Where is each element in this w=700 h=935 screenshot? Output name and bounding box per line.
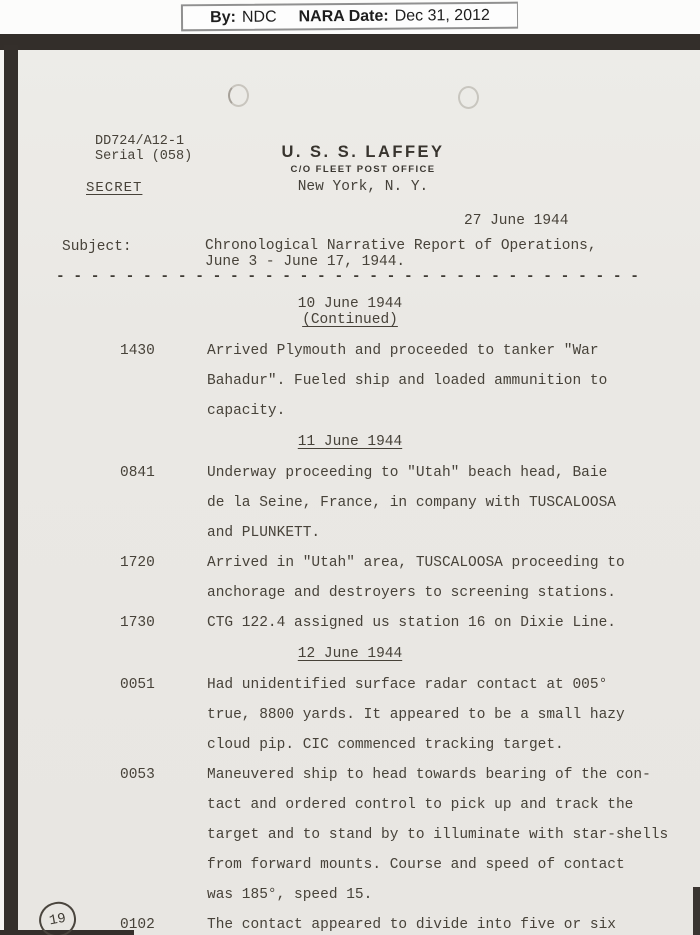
section-date-heading: (Continued) [18,312,682,328]
entry-time: 0051 [120,670,155,700]
entry-text: The contact appeared to divide into five… [207,917,616,933]
entry-line: tact and ordered control to pick up and … [18,790,682,820]
entry-time: 1430 [120,336,155,366]
entry-text: Maneuvered ship to head towards bearing … [207,767,651,783]
report-section: 10 June 1944(Continued)1430Arrived Plymo… [18,296,682,426]
entry-time: 1720 [120,548,155,578]
hole-punch-mark-right [458,86,479,109]
section-date-heading: 10 June 1944 [18,296,682,312]
stamp-by-value: NDC [242,8,277,26]
entry-line: Bahadur". Fueled ship and loaded ammunit… [18,366,682,396]
subject-text: Chronological Narrative Report of Operat… [205,239,597,270]
entry-text: target and to stand by to illuminate wit… [207,827,668,843]
stamp-by-label: By: [210,8,236,26]
entry-time: 1730 [120,608,155,638]
ship-letterhead: U. S. S. LAFFEY C/O FLEET POST OFFICE Ne… [238,143,488,195]
entry-line: was 185°, speed 15. [18,880,682,910]
hole-punch-mark-left [228,84,249,107]
address-city-line: New York, N. Y. [238,179,488,195]
entry-line: cloud pip. CIC commenced tracking target… [18,730,682,760]
stamp-date-value: Dec 31, 2012 [395,6,490,25]
classification-marking: SECRET [86,180,142,196]
entry-text: Arrived Plymouth and proceeded to tanker… [207,343,599,359]
entry-line: 1430Arrived Plymouth and proceeded to ta… [18,336,682,366]
entry-text: Bahadur". Fueled ship and loaded ammunit… [207,373,607,389]
entry-time: 0102 [120,910,155,935]
entry-line: 0051Had unidentified surface radar conta… [18,670,682,700]
entry-line: true, 8800 yards. It appeared to be a sm… [18,700,682,730]
report-section: 12 June 19440051Had unidentified surface… [18,646,682,935]
fleet-post-office-line: C/O FLEET POST OFFICE [238,164,488,175]
stamp-date-label: NARA Date: [299,7,389,26]
subject-label: Subject: [62,239,132,255]
section-heading: 10 June 1944(Continued) [18,296,682,328]
scanned-document-page: By: NDC NARA Date: Dec 31, 2012 DD724/A1… [0,0,700,935]
file-number-serial: DD724/A12-1Serial (058) [95,134,192,164]
entry-text: from forward mounts. Course and speed of… [207,857,625,873]
entry-text: de la Seine, France, in company with TUS… [207,495,616,511]
page-number: 19 [48,910,67,929]
entry-time: 0053 [120,760,155,790]
entry-text: anchorage and destroyers to screening st… [207,585,616,601]
typed-dash-separator: - - - - - - - - - - - - - - - - - - - - … [56,269,644,285]
entry-text: cloud pip. CIC commenced tracking target… [207,737,564,753]
entry-line: 0053Maneuvered ship to head towards bear… [18,760,682,790]
entry-text: tact and ordered control to pick up and … [207,797,633,813]
entry-text: true, 8800 yards. It appeared to be a sm… [207,707,625,723]
ship-name: U. S. S. LAFFEY [238,143,488,162]
scan-border-top [0,34,700,50]
entry-text: capacity. [207,403,285,419]
report-section: 11 June 19440841Underway proceeding to "… [18,434,682,638]
scan-border-left [4,45,18,935]
nara-declassification-stamp: By: NDC NARA Date: Dec 31, 2012 [181,2,518,32]
entry-line: 0841Underway proceeding to "Utah" beach … [18,458,682,488]
entry-text: Arrived in "Utah" area, TUSCALOOSA proce… [207,555,625,571]
entry-text: and PLUNKETT. [207,525,320,541]
entry-text: CTG 122.4 assigned us station 16 on Dixi… [207,615,616,631]
report-date: 27 June 1944 [464,213,568,229]
entry-line: 1730CTG 122.4 assigned us station 16 on … [18,608,682,638]
entry-line: capacity. [18,396,682,426]
file-number: DD724/A12-1 [95,134,184,149]
entry-time: 0841 [120,458,155,488]
serial-number: Serial (058) [95,149,192,164]
entry-text: was 185°, speed 15. [207,887,372,903]
section-date-heading: 11 June 1944 [18,434,682,450]
section-date-heading: 12 June 1944 [18,646,682,662]
scan-border-right-nick [693,887,700,935]
report-body: 10 June 1944(Continued)1430Arrived Plymo… [18,296,682,935]
entry-line: from forward mounts. Course and speed of… [18,850,682,880]
entry-line: 1720Arrived in "Utah" area, TUSCALOOSA p… [18,548,682,578]
section-heading: 12 June 1944 [18,646,682,662]
entry-line: de la Seine, France, in company with TUS… [18,488,682,518]
entry-text: Underway proceeding to "Utah" beach head… [207,465,607,481]
entry-line: target and to stand by to illuminate wit… [18,820,682,850]
subject-line-1: Chronological Narrative Report of Operat… [205,239,597,255]
entry-text: Had unidentified surface radar contact a… [207,677,607,693]
subject-line-2: June 3 - June 17, 1944. [205,255,597,271]
entry-line: anchorage and destroyers to screening st… [18,578,682,608]
entry-line: and PLUNKETT. [18,518,682,548]
section-heading: 11 June 1944 [18,434,682,450]
entry-line: 0102The contact appeared to divide into … [18,910,682,935]
